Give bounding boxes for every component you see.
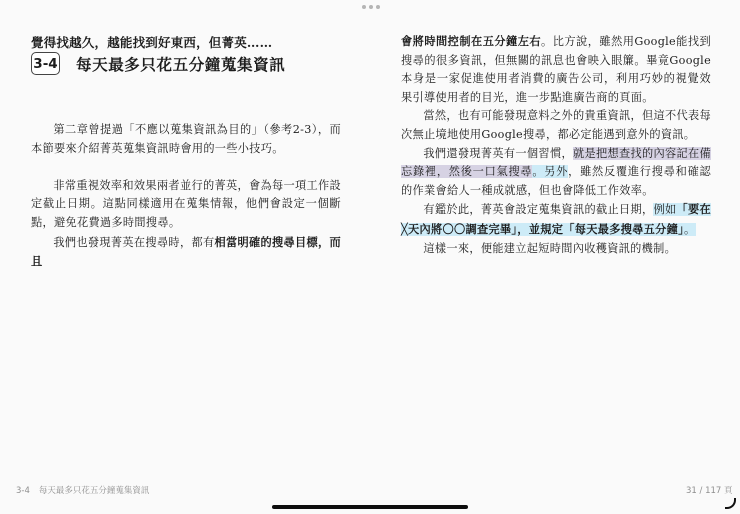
paragraph: 我們還發現菁英有一個習慣，就是把想查找的內容記在備忘錄裡，然後一口氣搜尋。另外，… [401,145,711,201]
dot [376,5,380,9]
footer-chapter-label: 3-4每天最多只花五分鐘蒐集資訊 [16,484,149,496]
ebook-reader-screen: 覺得找越久，越能找到好東西，但菁英…… 3-4 每天最多只花五分鐘蒐集資訊 第二… [0,0,740,514]
paragraph: 這樣一來，便能建立起短時間內收穫資訊的機制。 [401,240,711,259]
bold-text-run: 會將時間控制在五分鐘左右 [401,34,541,48]
text-run: 。 [684,223,696,236]
right-page-body: 會將時間控制在五分鐘左右。比方說，雖然用Google能找到搜尋的很多資訊，但無關… [401,32,711,258]
blue-highlight[interactable]: 。另外 [532,165,568,178]
paragraph: 非常重視效率和效果兩者並行的菁英，會為每一項工作設定截止日期。這點同樣適用在蒐集… [31,177,341,233]
paragraph: 有鑑於此，菁英會設定蒐集資訊的截止日期，例如「要在╳天內將〇〇調查完畢」，並規定… [401,200,711,239]
section-heading: 3-4 每天最多只花五分鐘蒐集資訊 [31,52,285,75]
section-number-badge: 3-4 [31,52,60,75]
home-indicator[interactable] [272,505,468,509]
text-run: 我們也發現菁英在搜尋時，都有 [53,236,214,249]
left-page-body: 第二章曾提過「不應以蒐集資訊為目的」（參考2-3），而本節要來介紹菁英蒐集資訊時… [31,121,341,272]
more-options-dots-icon[interactable] [362,5,380,9]
section-kicker: 覺得找越久，越能找到好東西，但菁英…… [31,33,272,51]
resize-corner-icon[interactable] [725,498,736,509]
section-title: 每天最多只花五分鐘蒐集資訊 [76,53,285,75]
text-run: 我們還發現菁英有一個習慣， [423,147,573,160]
paragraph: 我們也發現菁英在搜尋時，都有相當明確的搜尋目標，而且 [31,233,341,272]
paragraph: 第二章曾提過「不應以蒐集資訊為目的」（參考2-3），而本節要來介紹菁英蒐集資訊時… [31,121,341,158]
paragraph: 會將時間控制在五分鐘左右。比方說，雖然用Google能找到搜尋的很多資訊，但無關… [401,32,711,107]
dot [369,5,373,9]
text-run: 例如 [653,203,676,216]
footer-section-title: 每天最多只花五分鐘蒐集資訊 [39,486,150,496]
text-run: 有鑑於此，菁英會設定蒐集資訊的截止日期， [423,203,653,216]
dot [362,5,366,9]
paragraph: 當然，也有可能發現意料之外的貴重資訊，但這不代表每次無止境地使用Google搜尋… [401,107,711,144]
footer-section-number: 3-4 [16,486,30,496]
page-counter: 31 / 117 頁 [686,484,733,496]
